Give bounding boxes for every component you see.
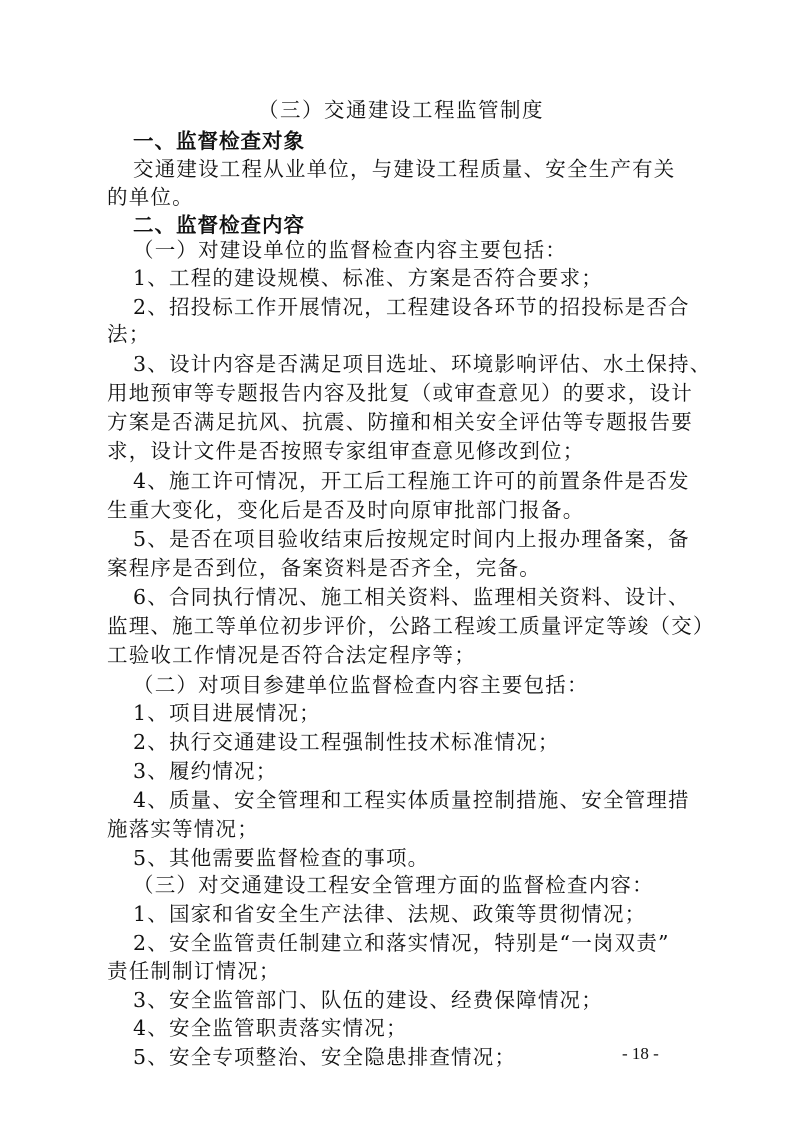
paragraph-line: 6、合同执行情况、施工相关资料、监理相关资料、设计、 bbox=[133, 583, 713, 612]
document-page: （三）交通建设工程监管制度 一、监督检查对象交通建设工程从业单位，与建设工程质量… bbox=[0, 0, 793, 1122]
section-heading: 一、监督检查对象 bbox=[133, 127, 713, 156]
paragraph-line: （一）对建设单位的监督检查内容主要包括： bbox=[133, 236, 713, 265]
paragraph-line: 2、招投标工作开展情况，工程建设各环节的招投标是否合 bbox=[133, 293, 713, 322]
paragraph-line: 2、安全监管责任制建立和落实情况，特别是“一岗双责” bbox=[133, 929, 713, 958]
paragraph-line: 生重大变化，变化后是否及时向原审批部门报备。 bbox=[107, 496, 687, 525]
paragraph-line: 5、是否在项目验收结束后按规定时间内上报办理备案，备 bbox=[133, 525, 713, 554]
paragraph-line: 4、安全监管职责落实情况； bbox=[133, 1014, 713, 1043]
paragraph-line: 4、质量、安全管理和工程实体质量控制措施、安全管理措 bbox=[133, 786, 713, 815]
paragraph-line: （三）对交通建设工程安全管理方面的监督检查内容： bbox=[133, 871, 713, 900]
paragraph-line: 工验收工作情况是否符合法定程序等； bbox=[107, 641, 687, 670]
paragraph-line: 法； bbox=[107, 320, 687, 349]
paragraph-line: 3、履约情况； bbox=[133, 757, 713, 786]
paragraph-line: 2、执行交通建设工程强制性技术标准情况； bbox=[133, 728, 713, 757]
paragraph-line: 交通建设工程从业单位，与建设工程质量、安全生产有关 bbox=[133, 155, 713, 184]
paragraph-line: 3、设计内容是否满足项目选址、环境影响评估、水土保持、 bbox=[133, 350, 713, 379]
paragraph-line: 案程序是否到位，备案资料是否齐全，完备。 bbox=[107, 554, 687, 583]
paragraph-line: 1、工程的建设规模、标准、方案是否符合要求； bbox=[133, 264, 713, 293]
paragraph-line: 4、施工许可情况，开工后工程施工许可的前置条件是否发 bbox=[133, 467, 713, 496]
paragraph-line: 的单位。 bbox=[107, 183, 687, 212]
paragraph-line: 求，设计文件是否按照专家组审查意见修改到位； bbox=[107, 437, 687, 466]
paragraph-line: 监理、施工等单位初步评价，公路工程竣工质量评定等竣（交） bbox=[107, 612, 687, 641]
paragraph-line: 责任制制订情况； bbox=[107, 957, 687, 986]
section-title: （三）交通建设工程监管制度 bbox=[258, 96, 793, 125]
page-number: - 18 - bbox=[622, 1044, 659, 1064]
paragraph-line: 施落实等情况； bbox=[107, 815, 687, 844]
paragraph-line: 1、项目进展情况； bbox=[133, 699, 713, 728]
paragraph-line: 5、其他需要监督检查的事项。 bbox=[133, 844, 713, 873]
paragraph-line: 方案是否满足抗风、抗震、防撞和相关安全评估等专题报告要 bbox=[107, 408, 687, 437]
paragraph-line: （二）对项目参建单位监督检查内容主要包括： bbox=[133, 671, 713, 700]
paragraph-line: 用地预审等专题报告内容及批复（或审查意见）的要求，设计 bbox=[107, 379, 687, 408]
paragraph-line: 3、安全监管部门、队伍的建设、经费保障情况； bbox=[133, 986, 713, 1015]
paragraph-line: 1、国家和省安全生产法律、法规、政策等贯彻情况； bbox=[133, 900, 713, 929]
